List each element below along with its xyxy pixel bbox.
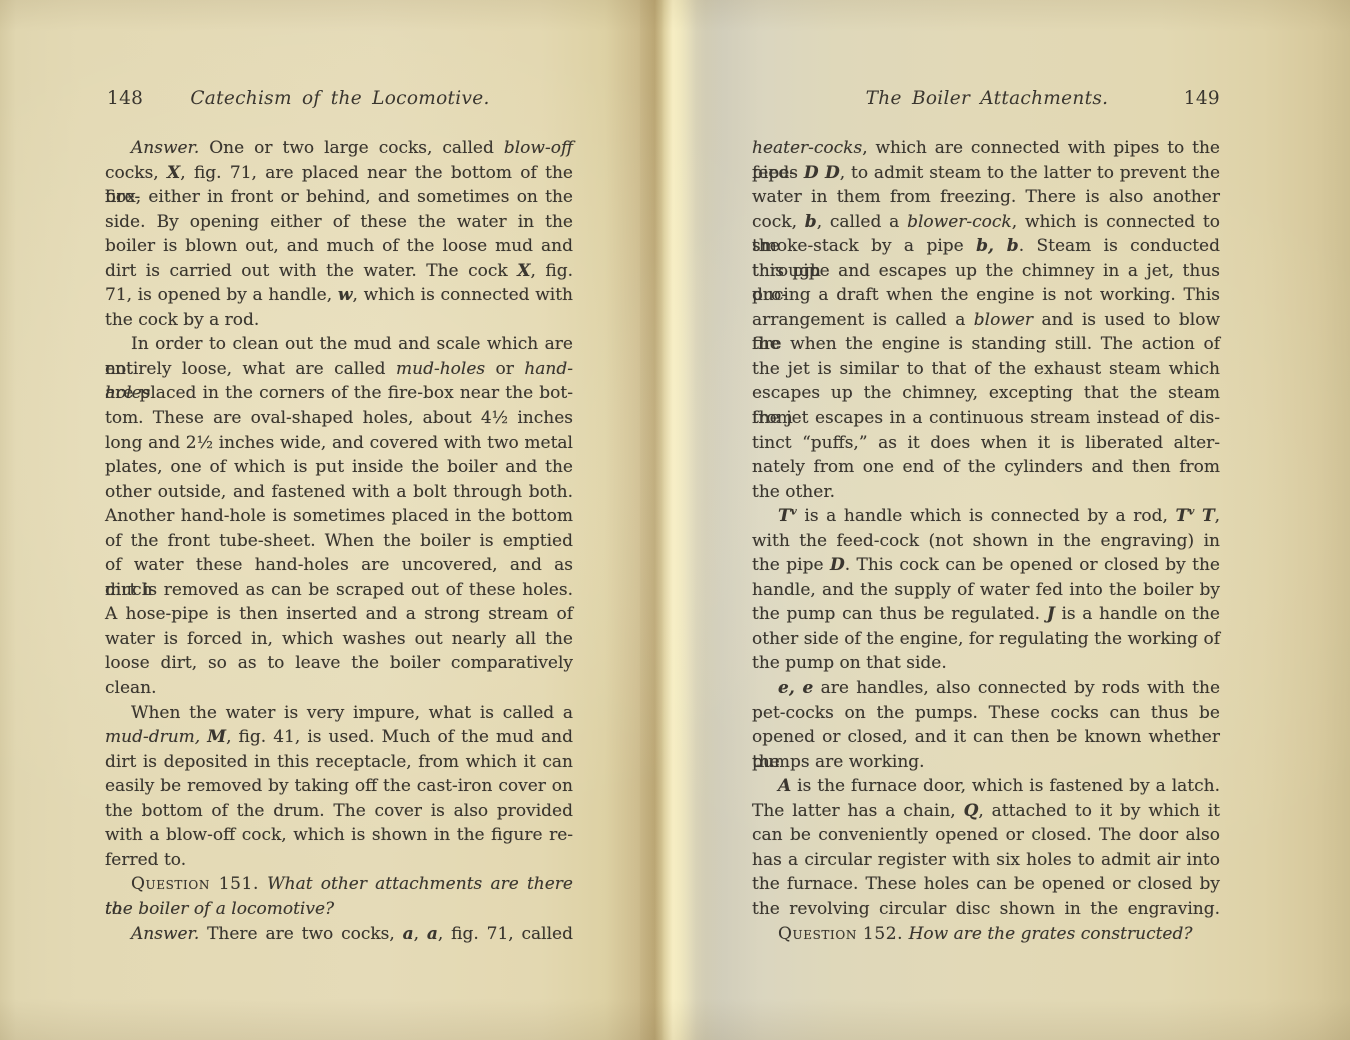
text-line: the boiler of a locomotive? (105, 897, 573, 922)
text-line: of water these hand-holes are uncovered,… (105, 553, 573, 578)
right-page-body: heater-cocks, which are connected with p… (752, 136, 1220, 946)
text-line: dirt is deposited in this receptacle, fr… (105, 750, 573, 775)
text-line: of the front tube-sheet. When the boiler… (105, 529, 573, 554)
text-line: In order to clean out the mud and scale … (105, 332, 573, 357)
right-page: The Boiler Attachments. 149 heater-cocks… (752, 88, 1222, 946)
text-line: tom. These are oval-shaped holes, about … (105, 406, 573, 431)
text-line: opened or closed, and it can then be kno… (752, 725, 1220, 750)
text-line: other side of the engine, for regulating… (752, 627, 1220, 652)
text-line: ducing a draft when the engine is not wo… (752, 283, 1220, 308)
book-scan-background: 148 Catechism of the Locomotive. Answer.… (0, 0, 1350, 1040)
text-line: cock, b, called a blower-cock, which is … (752, 210, 1220, 235)
text-line: can be conveniently opened or closed. Th… (752, 823, 1220, 848)
text-line: pipes D D, to admit steam to the latter … (752, 161, 1220, 186)
text-line: The latter has a chain, Q, attached to i… (752, 799, 1220, 824)
text-line: smoke-stack by a pipe b, b. Steam is con… (752, 234, 1220, 259)
text-line: mud-drum, M, fig. 41, is used. Much of t… (105, 725, 573, 750)
running-head-right: The Boiler Attachments. (752, 88, 1222, 109)
text-line: the bottom of the drum. The cover is als… (105, 799, 573, 824)
page-number-right: 149 (1184, 88, 1220, 109)
text-line: pumps are working. (752, 750, 1220, 775)
text-line: plates, one of which is put inside the b… (105, 455, 573, 480)
text-line: Answer. One or two large cocks, called b… (105, 136, 573, 161)
text-line: heater-cocks, which are connected with p… (752, 136, 1220, 161)
text-line: Question 151. What other attachments are… (105, 872, 573, 897)
text-line: this pipe and escapes up the chimney in … (752, 259, 1220, 284)
text-line: the cock by a rod. (105, 308, 573, 333)
right-page-header: The Boiler Attachments. 149 (752, 88, 1222, 114)
left-page-header: 148 Catechism of the Locomotive. (105, 88, 575, 114)
text-line: Question 152. How are the grates constru… (752, 922, 1220, 947)
text-line: arrangement is called a blower and is us… (752, 308, 1220, 333)
text-line: the pump can thus be regulated. J is a h… (752, 602, 1220, 627)
text-line: the furnace. These holes can be opened o… (752, 872, 1220, 897)
text-line: easily be removed by taking off the cast… (105, 774, 573, 799)
text-line: the pipe D. This cock can be opened or c… (752, 553, 1220, 578)
text-line: entirely loose, what are called mud-hole… (105, 357, 573, 382)
text-line: fire when the engine is standing still. … (752, 332, 1220, 357)
text-line: side. By opening either of these the wat… (105, 210, 573, 235)
text-line: are placed in the corners of the fire-bo… (105, 381, 573, 406)
text-line: A hose-pipe is then inserted and a stron… (105, 602, 573, 627)
text-line: 71, is opened by a handle, w, which is c… (105, 283, 573, 308)
text-line: When the water is very impure, what is c… (105, 701, 573, 726)
text-line: has a circular register with six holes t… (752, 848, 1220, 873)
text-line: long and 2½ inches wide, and covered wit… (105, 431, 573, 456)
text-line: water in them from freezing. There is al… (752, 185, 1220, 210)
text-line: clean. (105, 676, 573, 701)
book-gutter (640, 0, 760, 1040)
text-line: Answer. There are two cocks, a, a, fig. … (105, 922, 573, 947)
text-line: dirt is carried out with the water. The … (105, 259, 573, 284)
text-line: the jet escapes in a continuous stream i… (752, 406, 1220, 431)
text-line: with a blow-off cock, which is shown in … (105, 823, 573, 848)
text-line: other outside, and fastened with a bolt … (105, 480, 573, 505)
left-page: 148 Catechism of the Locomotive. Answer.… (105, 88, 575, 946)
text-line: the revolving circular disc shown in the… (752, 897, 1220, 922)
text-line: handle, and the supply of water fed into… (752, 578, 1220, 603)
text-line: pet-cocks on the pumps. These cocks can … (752, 701, 1220, 726)
text-line: water is forced in, which washes out nea… (105, 627, 573, 652)
left-page-body: Answer. One or two large cocks, called b… (105, 136, 573, 946)
text-line: the pump on that side. (752, 651, 1220, 676)
text-line: ferred to. (105, 848, 573, 873)
text-line: A is the furnace door, which is fastened… (752, 774, 1220, 799)
text-line: escapes up the chimney, excepting that t… (752, 381, 1220, 406)
text-line: cocks, X, fig. 71, are placed near the b… (105, 161, 573, 186)
text-line: with the feed-cock (not shown in the eng… (752, 529, 1220, 554)
text-line: boiler is blown out, and much of the loo… (105, 234, 573, 259)
running-head-left: Catechism of the Locomotive. (105, 88, 575, 109)
text-line: box, either in front or behind, and some… (105, 185, 573, 210)
text-line: Tv is a handle which is connected by a r… (752, 504, 1220, 529)
text-line: Another hand-hole is sometimes placed in… (105, 504, 573, 529)
text-line: the jet is similar to that of the exhaus… (752, 357, 1220, 382)
text-line: the other. (752, 480, 1220, 505)
text-line: dirt is removed as can be scraped out of… (105, 578, 573, 603)
text-line: nately from one end of the cylinders and… (752, 455, 1220, 480)
text-line: tinct “puffs,” as it does when it is lib… (752, 431, 1220, 456)
text-line: loose dirt, so as to leave the boiler co… (105, 651, 573, 676)
text-line: e, e are handles, also connected by rods… (752, 676, 1220, 701)
